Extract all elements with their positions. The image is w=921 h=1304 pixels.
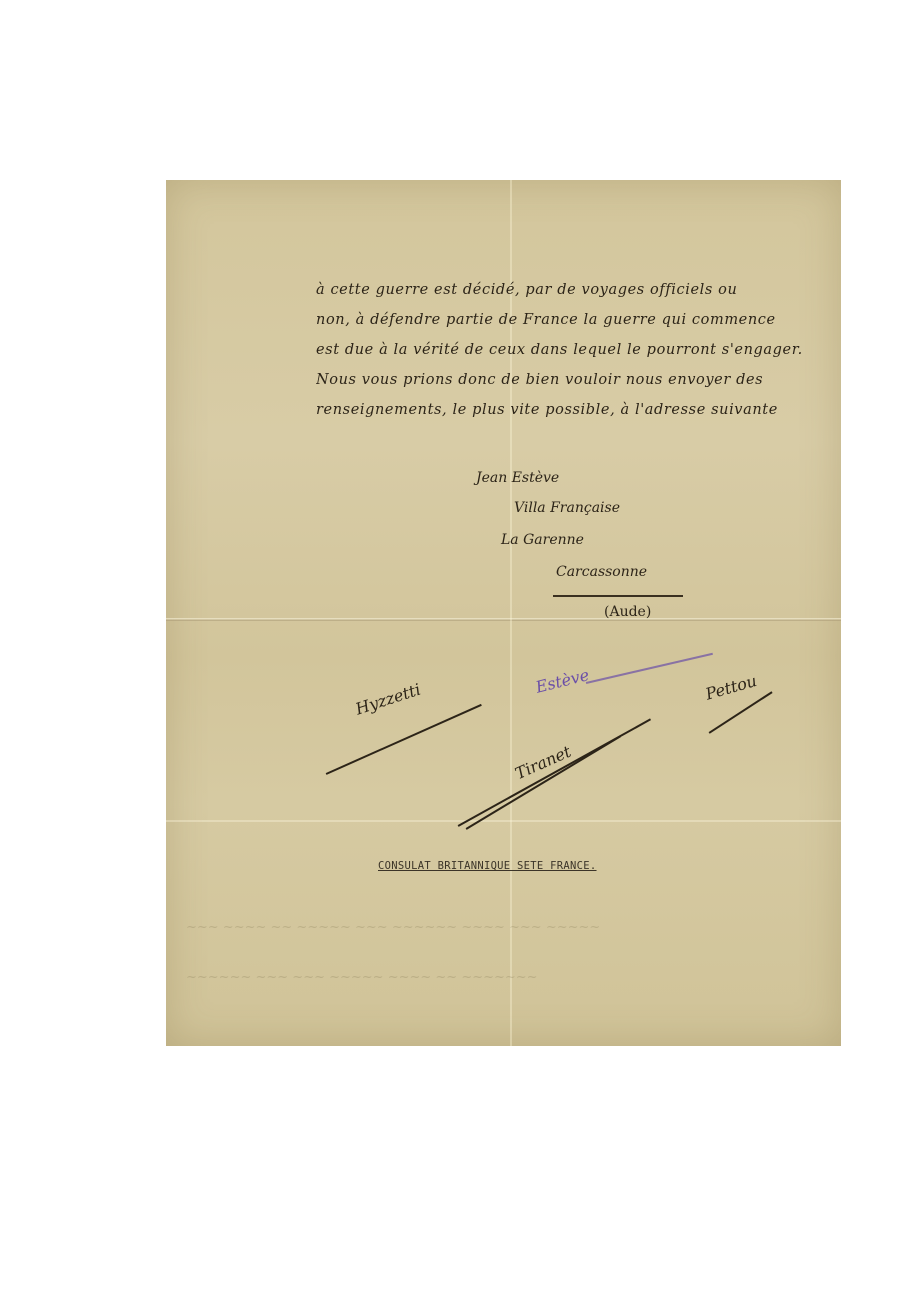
address-underline [553, 595, 683, 597]
body-line: est due à la vérité de ceux dans lequel … [316, 335, 826, 365]
horizontal-fold [166, 618, 841, 621]
address-region: (Aude) [604, 604, 651, 620]
signature-4-stroke-2 [466, 735, 621, 829]
signature-4-stroke [458, 718, 651, 826]
lower-fold [166, 820, 841, 822]
signature-1-stroke [326, 704, 482, 775]
address-city: Carcassonne [556, 564, 647, 580]
typed-footer: CONSULAT BRITANNIQUE SETE FRANCE. [378, 860, 597, 872]
address-name: Jean Estève [476, 470, 559, 486]
bleed-through-text: ~~~ ~~~~ ~~ ~~~~~ ~~~ ~~~~~~ ~~~~ ~~~ ~~… [186, 920, 600, 935]
body-line: à cette guerre est décidé, par de voyage… [316, 275, 826, 305]
body-line: Nous vous prions donc de bien vouloir no… [316, 365, 826, 395]
body-line: renseignements, le plus vite possible, à… [316, 395, 826, 425]
letter-body: à cette guerre est décidé, par de voyage… [316, 275, 826, 425]
letter-page: à cette guerre est décidé, par de voyage… [166, 180, 841, 1046]
signature-1: Hyzzetti [353, 680, 423, 719]
address-line1: Villa Française [514, 500, 620, 516]
address-line2: La Garenne [501, 532, 584, 548]
bleed-through-text: ~~~~~~ ~~~ ~~~ ~~~~~ ~~~~ ~~ ~~~~~~~ [186, 970, 538, 985]
signature-2: Estève [534, 665, 591, 697]
signature-2-stroke [586, 653, 713, 684]
signature-3: Pettou [703, 671, 759, 704]
body-line: non, à défendre partie de France la guer… [316, 305, 826, 335]
